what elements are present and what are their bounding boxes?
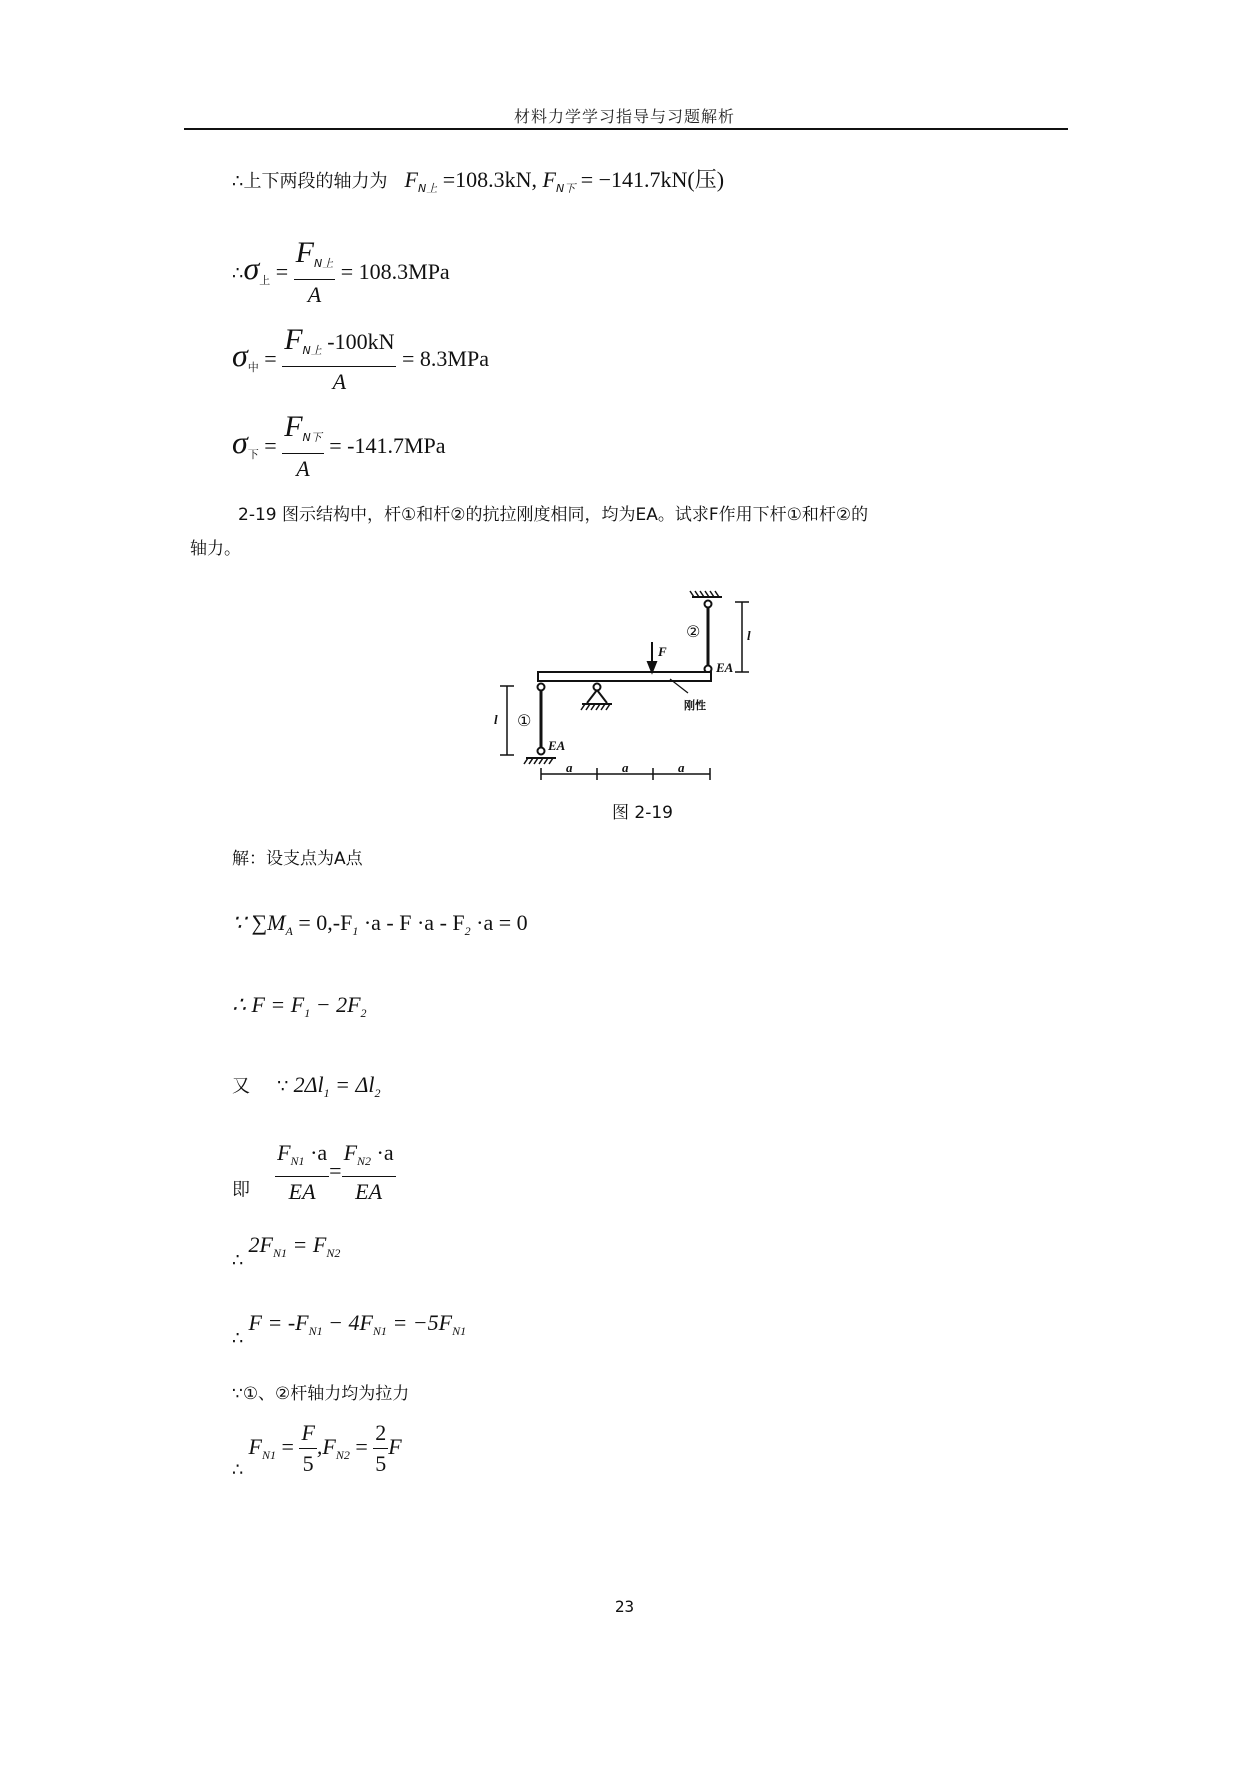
ratio-equation: 即 FN1 ·a EA = FN2 ·a EA	[232, 1138, 396, 1207]
numerator: F	[344, 1140, 357, 1165]
rigid-label: 刚性	[684, 698, 706, 712]
because-symbol: ∵	[277, 1076, 288, 1097]
f-upper-value: =108.3kN,	[443, 167, 537, 192]
numerator: 2	[373, 1418, 388, 1449]
result: = -141.7MPa	[329, 433, 445, 458]
numerator-rest: ·a	[305, 1140, 328, 1165]
sigma-symbol: σ	[232, 337, 248, 373]
final-answer-equation: ∴ FN1 = F5,FN2 = 25F	[232, 1418, 402, 1481]
axial-forces-prefix: ∴上下两段的轴力为	[232, 171, 387, 192]
sigma-subscript: 上	[259, 274, 270, 287]
moment-part: = 0,-F	[293, 910, 352, 935]
dimension-a-2: a	[622, 760, 629, 775]
compat-part: = Δl	[330, 1072, 375, 1097]
length-label-rod2: l	[747, 628, 751, 643]
tension-note: ∵①、②杆轴力均为拉力	[232, 1377, 409, 1411]
eq-part: = −5F	[387, 1310, 452, 1335]
moment-end: ·a = 0	[471, 910, 528, 935]
denominator: 5	[299, 1449, 316, 1479]
denominator: A	[282, 454, 324, 484]
subscript: 2	[361, 1006, 367, 1020]
answer-part: ,F	[317, 1434, 336, 1459]
numerator-symbol: F	[296, 236, 314, 269]
subscript: N2	[357, 1154, 371, 1168]
f-lower-symbol: F	[543, 167, 556, 192]
moment-sum: ∵ ∑M	[232, 910, 286, 935]
force-eq-part: ∴ F = F	[232, 992, 304, 1017]
fraction: 25	[373, 1418, 388, 1479]
sigma-subscript: 下	[248, 448, 259, 461]
numerator: F	[299, 1418, 316, 1449]
sigma-middle-equation: σ中 = FN上 -100kN A = 8.3MPa	[232, 325, 489, 397]
structure-diagram: F EA EA l l a a a ① ② 刚性	[490, 590, 770, 790]
numerator-symbol: F	[284, 410, 302, 443]
moment-equation: ∵ ∑MA = 0,-F1 ·a - F ·a - F2 ·a = 0	[232, 910, 528, 939]
relation-equation: ∴ 2FN1 = FN2	[232, 1232, 340, 1271]
therefore-symbol: ∴	[232, 263, 243, 284]
subscript: N1	[309, 1324, 323, 1338]
problem-statement: 2-19 图示结构中，杆①和杆②的抗拉刚度相同，均为EA。试求F作用下杆①和杆②…	[190, 498, 1070, 566]
axial-forces-formula: FN上 =108.3kN, FN下 = −141.7kN(压)	[405, 167, 725, 192]
numerator-subscript: N上	[314, 257, 333, 270]
axial-forces-line: ∴上下两段的轴力为 FN上 =108.3kN, FN下 = −141.7kN(压…	[232, 163, 724, 196]
subscript: N2	[336, 1448, 350, 1462]
subscript: N1	[262, 1448, 276, 1462]
subscript: 2	[375, 1086, 381, 1100]
equals: =	[350, 1434, 373, 1459]
result: = 108.3MPa	[341, 259, 450, 284]
answer-part: F	[388, 1434, 401, 1459]
moment-subscript: A	[286, 924, 293, 938]
denominator: A	[294, 280, 336, 310]
therefore-symbol: ∴	[232, 1460, 243, 1481]
force-equation: ∴ F = F1 − 2F2	[232, 992, 367, 1021]
problem-line-2: 轴力。	[190, 532, 1070, 566]
force-eq-part: − 2F	[310, 992, 360, 1017]
answer-part: F	[249, 1434, 262, 1459]
fraction: FN2 ·a EA	[342, 1138, 396, 1207]
ea-label-rod2: EA	[715, 660, 734, 675]
subscript: N1	[273, 1246, 287, 1260]
therefore-symbol: ∴	[232, 1250, 243, 1271]
numerator-subscript: N下	[303, 431, 322, 444]
fraction: FN下 A	[282, 412, 324, 484]
denominator: EA	[275, 1177, 329, 1207]
f-solution-equation: ∴ F = -FN1 − 4FN1 = −5FN1	[232, 1310, 466, 1349]
running-header: 材料力学学习指导与习题解析	[0, 104, 1249, 127]
denominator: A	[282, 367, 396, 397]
subscript: N1	[373, 1324, 387, 1338]
rod-2-label: ②	[686, 622, 700, 641]
f-upper-symbol: F	[405, 167, 418, 192]
dimension-a-1: a	[566, 760, 573, 775]
denominator: 5	[373, 1449, 388, 1479]
rod-1-label: ①	[517, 711, 531, 730]
numerator-extra: -100kN	[322, 329, 395, 354]
relation-part: = F	[287, 1232, 326, 1257]
denominator: EA	[342, 1177, 396, 1207]
subscript: N1	[291, 1154, 305, 1168]
equals: =	[276, 1434, 299, 1459]
fraction: FN上 A	[294, 238, 336, 310]
page-number: 23	[0, 1597, 1249, 1616]
solution-intro: 解：设支点为A点	[232, 842, 363, 876]
ea-label-rod1: EA	[547, 738, 566, 753]
figure-caption: 图 2-19	[612, 798, 673, 823]
dimension-a-3: a	[678, 760, 685, 775]
numerator: F	[277, 1140, 290, 1165]
eq-part: F = -F	[249, 1310, 309, 1335]
fraction: FN上 -100kN A	[282, 325, 396, 397]
force-label: F	[657, 644, 667, 659]
sigma-lower-equation: σ下 = FN下 A = -141.7MPa	[232, 412, 446, 484]
sigma-symbol: σ	[232, 424, 248, 460]
eq-part: − 4F	[323, 1310, 373, 1335]
relation-part: 2F	[249, 1232, 273, 1257]
compat-part: 2Δl	[294, 1072, 324, 1097]
result: = 8.3MPa	[402, 346, 489, 371]
ie-label: 即	[232, 1180, 250, 1201]
length-label-rod1: l	[494, 712, 498, 727]
numerator-subscript: N上	[303, 344, 322, 357]
therefore-symbol: ∴	[232, 1328, 243, 1349]
also-label: 又	[232, 1076, 250, 1097]
sigma-subscript: 中	[248, 361, 259, 374]
f-lower-subscript: N下	[556, 182, 575, 195]
sigma-symbol: σ	[243, 250, 259, 286]
subscript: N2	[326, 1246, 340, 1260]
sigma-upper-equation: ∴σ上 = FN上 A = 108.3MPa	[232, 238, 450, 310]
f-upper-subscript: N上	[418, 182, 437, 195]
problem-line-1: 2-19 图示结构中，杆①和杆②的抗拉刚度相同，均为EA。试求F作用下杆①和杆②…	[190, 498, 1070, 532]
moment-part: ·a - F ·a - F	[358, 910, 464, 935]
fraction: FN1 ·a EA	[275, 1138, 329, 1207]
numerator-symbol: F	[284, 323, 302, 356]
subscript: N1	[452, 1324, 466, 1338]
fraction: F5	[299, 1418, 316, 1479]
compatibility-line: 又 ∵ 2Δl1 = Δl2	[232, 1072, 381, 1101]
numerator-rest: ·a	[371, 1140, 394, 1165]
f-lower-value: = −141.7kN(压)	[581, 167, 724, 192]
header-rule	[184, 128, 1068, 130]
